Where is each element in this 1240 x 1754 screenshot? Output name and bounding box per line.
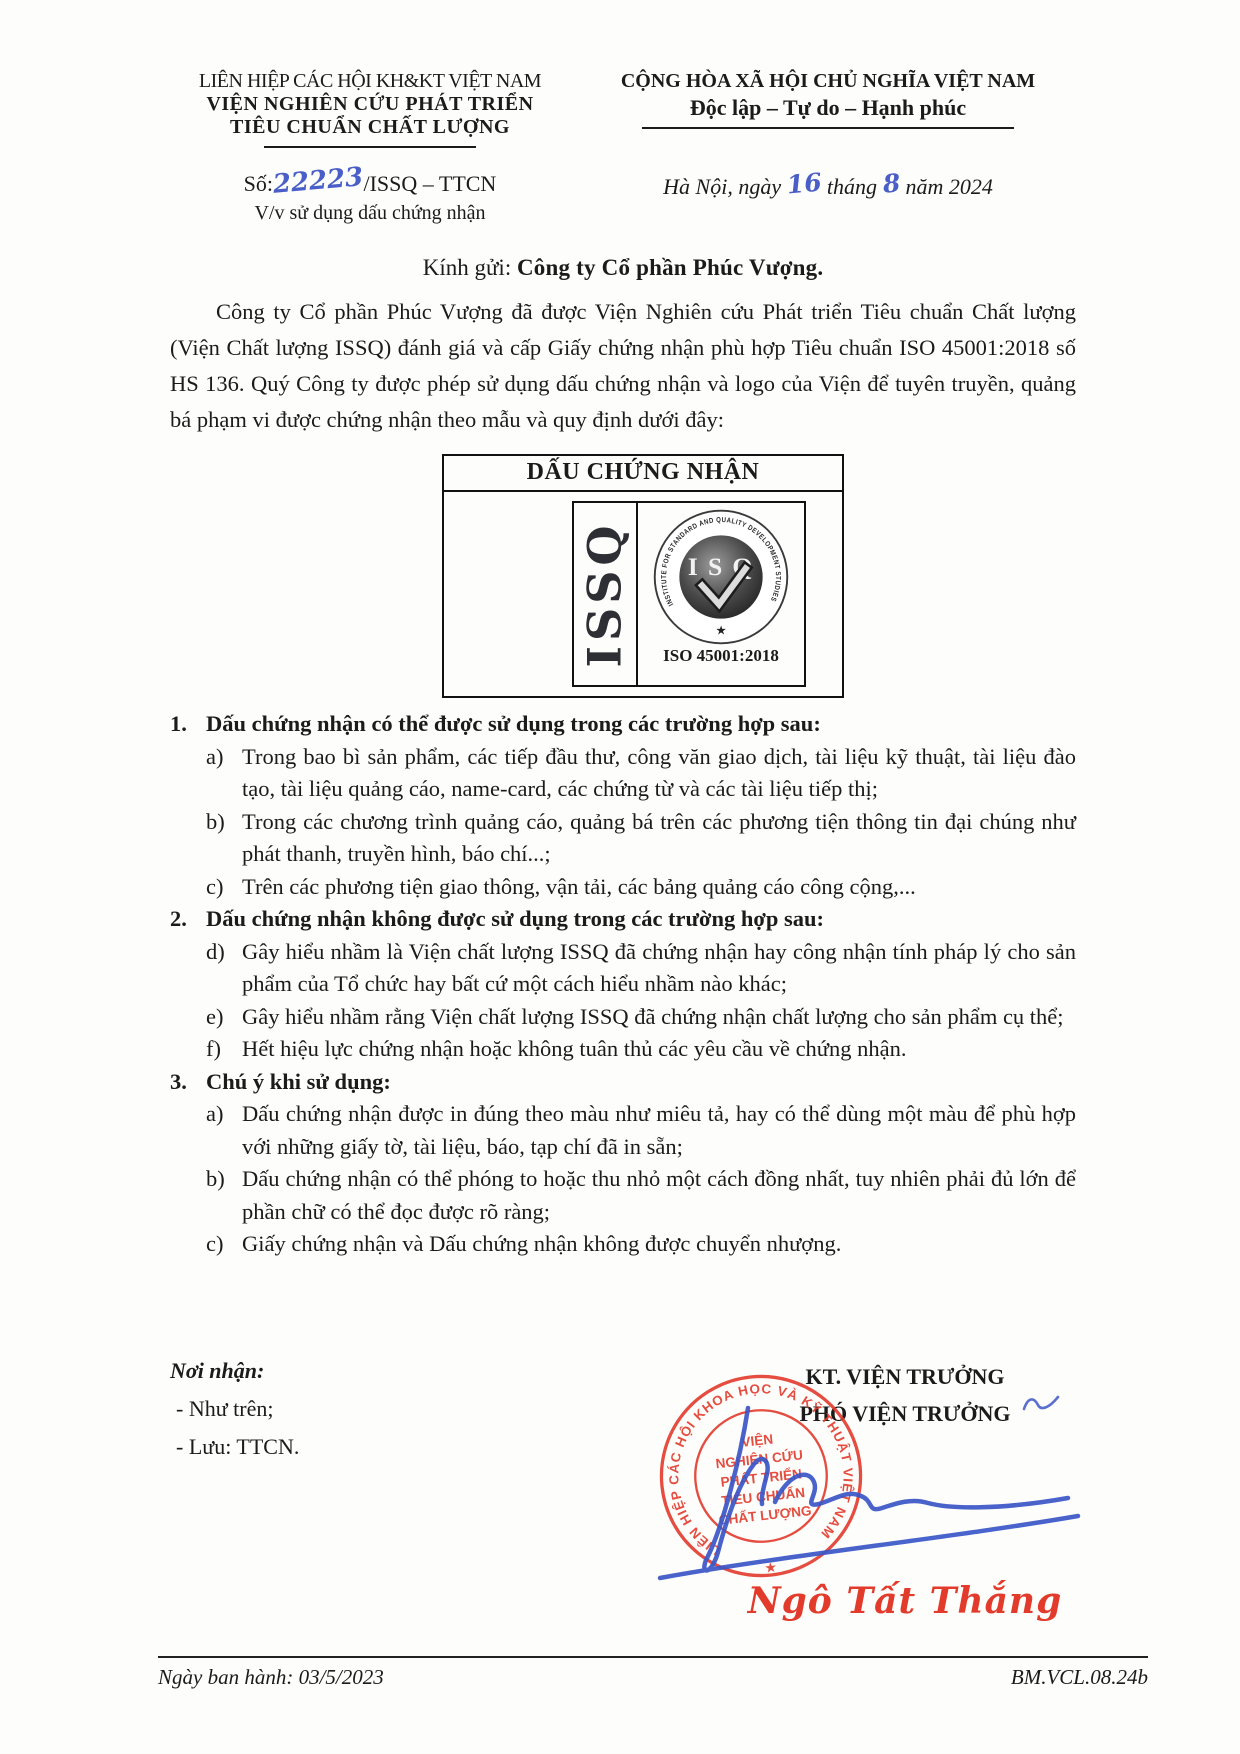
seal-star-icon: ★ [715, 624, 726, 638]
item-label: b) [206, 1163, 242, 1228]
list-item: c) Giấy chứng nhận và Dấu chứng nhận khô… [170, 1228, 1076, 1261]
form-code: BM.VCL.08.24b [1011, 1665, 1148, 1690]
item-text: Dấu chứng nhận có thể phóng to hoặc thu … [242, 1163, 1076, 1228]
date-mid: tháng [827, 174, 877, 199]
subject-line: V/v sử dụng dấu chứng nhận [170, 202, 570, 225]
issq-logo-box: ISSQ [572, 501, 806, 687]
org-name-line2: TIÊU CHUẨN CHẤT LƯỢNG [170, 116, 570, 139]
section-heading-3: 3. Chú ý khi sử dụng: [170, 1066, 1076, 1099]
list-item: c) Trên các phương tiện giao thông, vận … [170, 871, 1076, 904]
letterhead: LIÊN HIỆP CÁC HỘI KH&KT VIỆT NAM VIỆN NG… [170, 70, 1076, 225]
item-label: e) [206, 1001, 242, 1034]
item-label: d) [206, 936, 242, 1001]
number-prefix: Số: [244, 171, 273, 196]
section-number: 3. [170, 1066, 206, 1099]
issue-date: Ngày ban hành: 03/5/2023 [158, 1665, 384, 1690]
list-item: b) Trong các chương trình quảng cáo, quả… [170, 806, 1076, 871]
org-parent-name: LIÊN HIỆP CÁC HỘI KH&KT VIỆT NAM [170, 70, 570, 93]
item-label: c) [206, 871, 242, 904]
list-item: f) Hết hiệu lực chứng nhận hoặc không tu… [170, 1033, 1076, 1066]
rules-list: 1. Dấu chứng nhận có thể được sử dụng tr… [170, 708, 1076, 1261]
item-text: Dấu chứng nhận được in đúng theo màu như… [242, 1098, 1076, 1163]
certification-mark-title: DẤU CHỨNG NHẬN [444, 456, 842, 492]
issq-seal-cell: INSTITUTE FOR STANDARD AND QUALITY DEVEL… [638, 503, 804, 685]
section-number: 2. [170, 903, 206, 936]
handwritten-month: 8 [881, 168, 901, 198]
handwritten-day: 16 [785, 168, 822, 200]
issq-vertical-cell: ISSQ [574, 503, 638, 685]
recipient-line: - Lưu: TTCN. [170, 1434, 299, 1460]
certification-mark-box: DẤU CHỨNG NHẬN ISSQ [442, 454, 844, 698]
document-footer: Ngày ban hành: 03/5/2023 BM.VCL.08.24b [158, 1656, 1148, 1690]
certification-mark-body: ISSQ [444, 492, 842, 696]
national-motto: Độc lập – Tự do – Hạnh phúc [580, 95, 1076, 121]
handwritten-number: 22223 [272, 162, 365, 200]
item-text: Trong bao bì sản phẩm, các tiếp đầu thư,… [242, 741, 1076, 806]
recipients-block: Nơi nhận: - Như trên; - Lưu: TTCN. [170, 1358, 299, 1460]
item-text: Trên các phương tiện giao thông, vận tải… [242, 871, 1076, 904]
date-prefix: Hà Nội, ngày [663, 174, 781, 199]
item-label: b) [206, 806, 242, 871]
national-header-block: CỘNG HÒA XÃ HỘI CHỦ NGHĨA VIỆT NAM Độc l… [570, 70, 1076, 225]
item-text: Trong các chương trình quảng cáo, quảng … [242, 806, 1076, 871]
iso-standard-label: ISO 45001:2018 [663, 646, 779, 666]
section-heading-1: 1. Dấu chứng nhận có thể được sử dụng tr… [170, 708, 1076, 741]
recipients-title: Nơi nhận: [170, 1358, 299, 1384]
recipient-line: - Như trên; [170, 1396, 299, 1422]
country-name: CỘNG HÒA XÃ HỘI CHỦ NGHĨA VIỆT NAM [580, 70, 1076, 93]
list-item: a) Dấu chứng nhận được in đúng theo màu … [170, 1098, 1076, 1163]
item-text: Gây hiểu nhầm là Viện chất lượng ISSQ đã… [242, 936, 1076, 1001]
intro-paragraph: Công ty Cổ phần Phúc Vượng đã được Viện … [170, 294, 1076, 438]
item-text: Hết hiệu lực chứng nhận hoặc không tuân … [242, 1033, 1076, 1066]
pen-squiggle [1022, 1392, 1062, 1416]
document-page: LIÊN HIỆP CÁC HỘI KH&KT VIỆT NAM VIỆN NG… [0, 0, 1240, 1754]
item-label: c) [206, 1228, 242, 1261]
list-item: e) Gây hiểu nhầm rằng Viện chất lượng IS… [170, 1001, 1076, 1034]
issq-vertical-text: ISSQ [578, 520, 632, 667]
date-suffix: năm 2024 [905, 174, 992, 199]
item-label: f) [206, 1033, 242, 1066]
item-label: a) [206, 741, 242, 806]
list-item: d) Gây hiểu nhầm là Viện chất lượng ISSQ… [170, 936, 1076, 1001]
issq-seal-icon: INSTITUTE FOR STANDARD AND QUALITY DEVEL… [650, 506, 792, 648]
item-label: a) [206, 1098, 242, 1163]
list-item: a) Trong bao bì sản phẩm, các tiếp đầu t… [170, 741, 1076, 806]
section-number: 1. [170, 708, 206, 741]
section-title: Dấu chứng nhận có thể được sử dụng trong… [206, 708, 1076, 741]
issuing-org-block: LIÊN HIỆP CÁC HỘI KH&KT VIỆT NAM VIỆN NG… [170, 70, 570, 225]
item-text: Gây hiểu nhầm rằng Viện chất lượng ISSQ … [242, 1001, 1076, 1034]
salutation-prefix: Kính gửi: [423, 255, 517, 280]
section-heading-2: 2. Dấu chứng nhận không được sử dụng tro… [170, 903, 1076, 936]
item-text: Giấy chứng nhận và Dấu chứng nhận không … [242, 1228, 1076, 1261]
salutation-line: Kính gửi: Công ty Cổ phần Phúc Vượng. [170, 255, 1076, 281]
number-suffix: /ISSQ – TTCN [363, 171, 496, 196]
place-date-line: Hà Nội, ngày 16 tháng 8 năm 2024 [580, 171, 1076, 200]
org-underline [264, 146, 476, 148]
recipient-name: Công ty Cổ phần Phúc Vượng. [517, 255, 823, 280]
motto-underline [642, 127, 1014, 129]
document-number-line: Số:22223/ISSQ – TTCN [170, 168, 570, 198]
list-item: b) Dấu chứng nhận có thể phóng to hoặc t… [170, 1163, 1076, 1228]
org-name-line1: VIỆN NGHIÊN CỨU PHÁT TRIỂN [170, 93, 570, 116]
squiggle-icon [1022, 1392, 1062, 1416]
section-title: Dấu chứng nhận không được sử dụng trong … [206, 903, 1076, 936]
section-title: Chú ý khi sử dụng: [206, 1066, 1076, 1099]
